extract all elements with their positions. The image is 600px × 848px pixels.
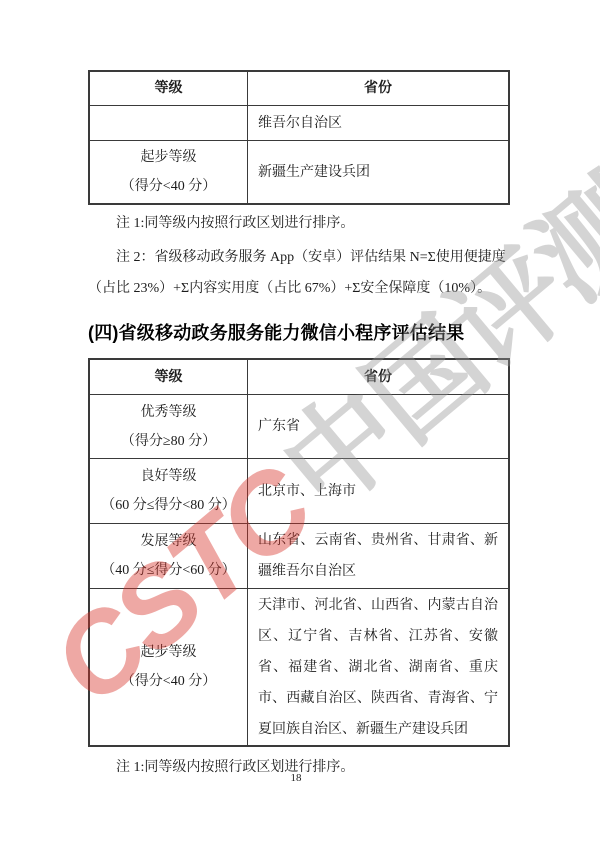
header-cell-province: 省份: [248, 72, 508, 105]
header-province-label: 省份: [258, 362, 498, 393]
table-row: 起步等级 （得分<40 分） 新疆生产建设兵团: [90, 140, 508, 203]
header-cell-province: 省份: [248, 360, 508, 394]
level-name: 优秀等级: [141, 398, 197, 427]
page-content: 等级 省份 维吾尔自治区 起步等级 （得分<40 分） 新疆生产建设兵团: [88, 0, 510, 779]
province-text: 天津市、河北省、山西省、内蒙古自治区、辽宁省、吉林省、江苏省、安徽省、福建省、湖…: [258, 590, 498, 745]
level-cell: 发展等级 （40 分≤得分<60 分）: [90, 524, 248, 588]
province-text: 山东省、云南省、贵州省、甘肃省、新疆维吾尔自治区: [258, 525, 498, 587]
header-cell-level: 等级: [90, 72, 248, 105]
level-cell: 起步等级 （得分<40 分）: [90, 589, 248, 745]
province-text: 北京市、上海市: [258, 476, 498, 507]
province-cell: 广东省: [248, 395, 508, 458]
table-row: 维吾尔自治区: [90, 105, 508, 140]
table-row-good: 良好等级 （60 分≤得分<80 分） 北京市、上海市: [90, 458, 508, 523]
province-cell: 天津市、河北省、山西省、内蒙古自治区、辽宁省、吉林省、江苏省、安徽省、福建省、湖…: [248, 589, 508, 745]
level-name: 良好等级: [141, 462, 197, 491]
document-page: 等级 省份 维吾尔自治区 起步等级 （得分<40 分） 新疆生产建设兵团: [0, 0, 600, 848]
header-cell-level: 等级: [90, 360, 248, 394]
page-number: 18: [0, 772, 592, 784]
level-cell: 良好等级 （60 分≤得分<80 分）: [90, 459, 248, 523]
header-province-label: 省份: [258, 73, 498, 104]
level-name: 发展等级: [141, 527, 197, 556]
province-text: 维吾尔自治区: [258, 108, 498, 139]
level-name: 起步等级: [141, 143, 197, 172]
level-score-range: （得分<40 分）: [121, 667, 216, 696]
level-score-range: （60 分≤得分<80 分）: [101, 491, 236, 520]
province-cell: 山东省、云南省、贵州省、甘肃省、新疆维吾尔自治区: [248, 524, 508, 588]
province-cell: 新疆生产建设兵团: [248, 141, 508, 203]
level-score-range: （得分<40 分）: [121, 172, 216, 201]
app-table-note-1: 注 1:同等级内按照行政区划进行排序。: [88, 213, 510, 235]
wechat-evaluation-table: 等级 省份 优秀等级 （得分≥80 分） 广东省 良好等级 （60 分≤得分<8…: [88, 358, 510, 747]
app-evaluation-table: 等级 省份 维吾尔自治区 起步等级 （得分<40 分） 新疆生产建设兵团: [88, 70, 510, 205]
province-cell: 维吾尔自治区: [248, 106, 508, 140]
table-row-excellent: 优秀等级 （得分≥80 分） 广东省: [90, 394, 508, 458]
level-cell-empty: [90, 106, 248, 140]
province-text: 新疆生产建设兵团: [258, 157, 498, 188]
province-cell: 北京市、上海市: [248, 459, 508, 523]
table-header-row: 等级 省份: [90, 72, 508, 105]
table-row-starting: 起步等级 （得分<40 分） 天津市、河北省、山西省、内蒙古自治区、辽宁省、吉林…: [90, 588, 508, 745]
province-text: 广东省: [258, 411, 498, 442]
section-heading: (四)省级移动政务服务能力微信小程序评估结果: [88, 321, 510, 345]
table-header-row: 等级 省份: [90, 360, 508, 394]
level-name: 起步等级: [141, 638, 197, 667]
level-cell: 起步等级 （得分<40 分）: [90, 141, 248, 203]
level-score-range: （40 分≤得分<60 分）: [101, 556, 236, 585]
level-score-range: （得分≥80 分）: [121, 427, 216, 456]
app-table-note-2: 注 2：省级移动政务服务 App（安卓）评估结果 N=Σ使用便捷度（占比 23%…: [88, 242, 510, 304]
level-cell: 优秀等级 （得分≥80 分）: [90, 395, 248, 458]
table-row-developing: 发展等级 （40 分≤得分<60 分） 山东省、云南省、贵州省、甘肃省、新疆维吾…: [90, 523, 508, 588]
